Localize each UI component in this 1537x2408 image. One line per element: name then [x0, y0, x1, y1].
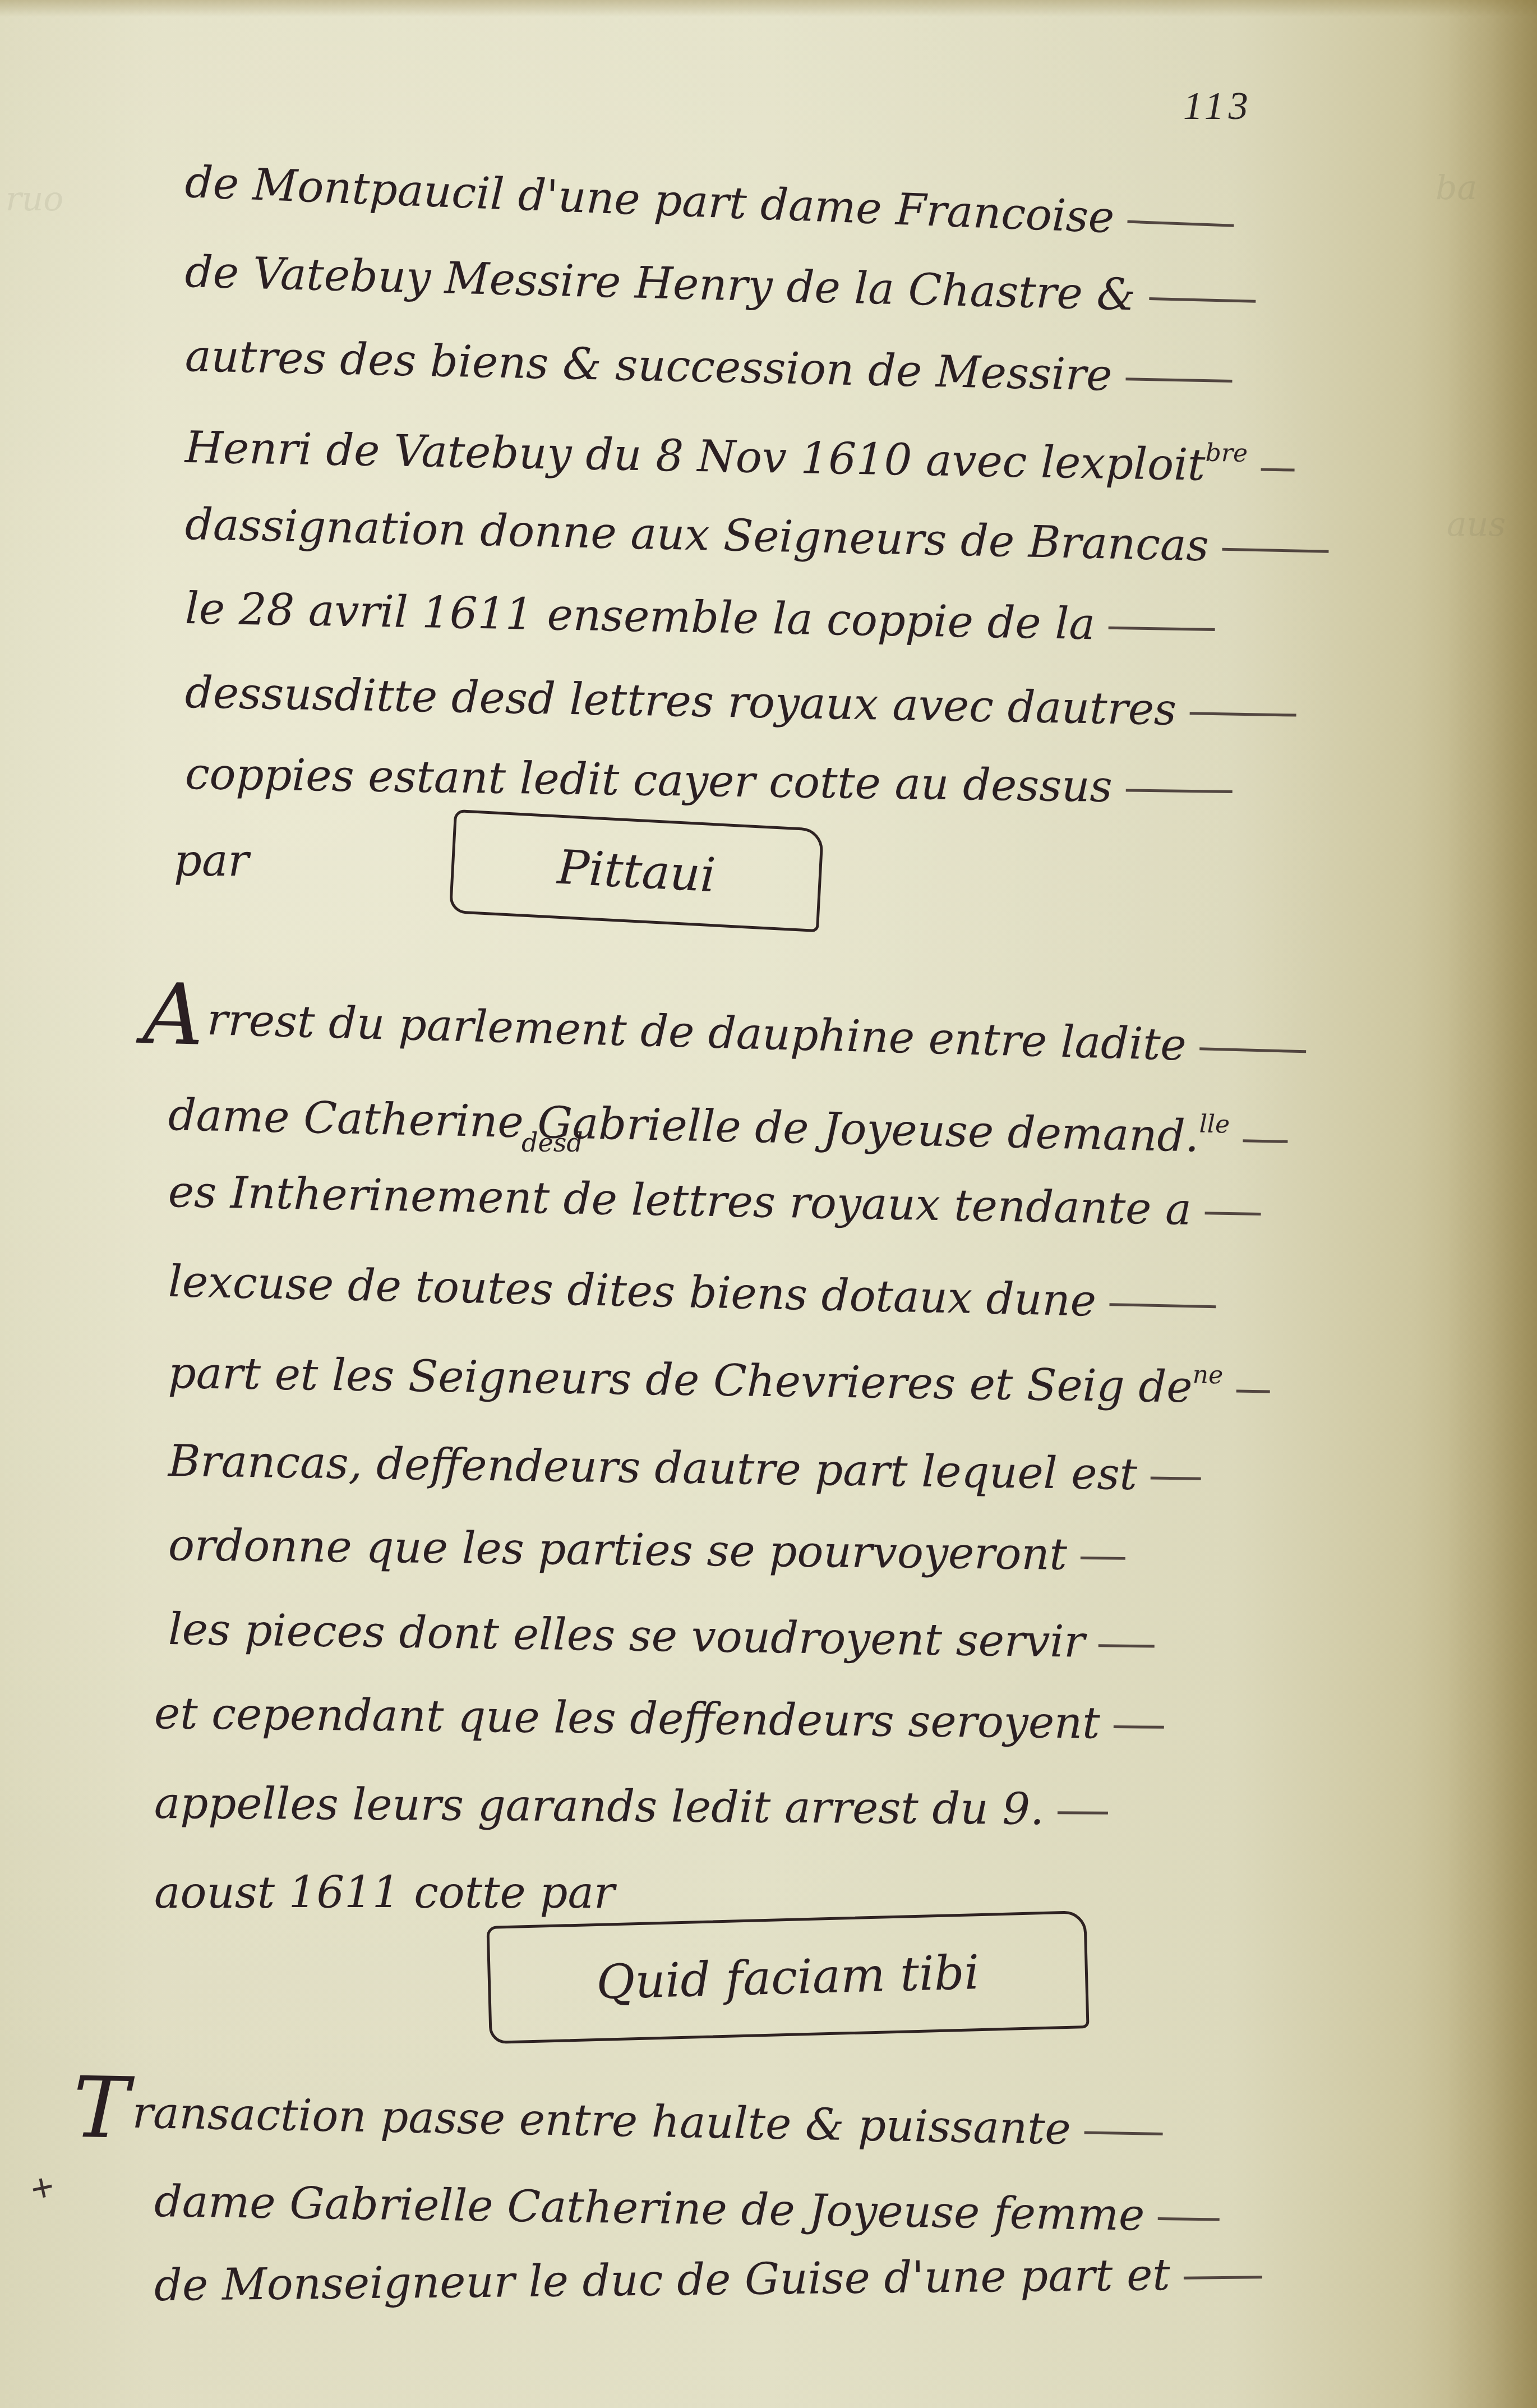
signature-box: Quid faciam tibi [486, 1910, 1089, 2044]
text-line: de Montpaucil d'une part dame Francoise [184, 157, 1235, 248]
line-text: es Intherinement de lettres royaux tenda… [168, 1167, 1192, 1235]
manuscript-page: ba aus ruo 113 de Montpaucil d'une part … [0, 0, 1537, 2408]
text-line: Transaction passe entre haulte & puissan… [72, 2087, 1163, 2156]
folio-number: 113 [1183, 84, 1253, 129]
line-filler-dash [1236, 1390, 1270, 1393]
text-line: de Vatebuy Messire Henry de la Chastre & [184, 247, 1256, 324]
signature-text: Quid faciam tibi [596, 1945, 980, 2010]
line-text: de Monseigneur le duc de Guise d'une par… [154, 2250, 1171, 2311]
line-text: de Montpaucil d'une part dame Francoise [184, 157, 1115, 243]
line-filler-dash [1081, 1557, 1125, 1560]
line-filler-dash [1149, 297, 1256, 303]
superscript-abbrev: ne [1192, 1361, 1223, 1390]
line-filler-dash [1084, 2131, 1162, 2135]
text-line: Henri de Vatebuy du 8 Nov 1610 avec lexp… [184, 421, 1295, 492]
line-filler-dash [1109, 627, 1215, 631]
signature-box: Pittaui [449, 809, 824, 932]
line-filler-dash [1204, 1212, 1261, 1215]
line-text: dessusditte desd lettres royaux avec dau… [184, 667, 1177, 735]
line-text: lexcuse de toutes dites biens dotaux dun… [168, 1256, 1097, 1327]
text-line: le 28 avril 1611 ensemble la coppie de l… [184, 583, 1215, 652]
bleed-through-text: aus [1447, 505, 1506, 544]
text-line: par [174, 836, 249, 886]
decorated-initial: T [72, 2059, 130, 2158]
interlinear-text: desd [521, 1127, 583, 1158]
decorated-initial: A [142, 965, 205, 1065]
interlinear-note: desd [521, 1127, 583, 1158]
text-line: coppies estant ledit cayer cotte au dess… [184, 749, 1233, 814]
line-text: appelles leurs garands ledit arrest du 9… [154, 1778, 1045, 1835]
line-text: dassignation donne aux Seigneurs de Bran… [184, 499, 1209, 571]
line-filler-dash [1243, 1139, 1287, 1143]
line-text: et cependant que les deffendeurs seroyen… [154, 1688, 1101, 1749]
line-text: autres des biens & succession de Messire [184, 331, 1113, 401]
text-line: Brancas, deffendeurs dautre part lequel … [168, 1436, 1201, 1501]
line-text: ransaction passe entre haulte & puissant… [132, 2088, 1071, 2154]
line-filler-dash [1151, 1476, 1201, 1480]
line-filler-dash [1125, 377, 1232, 383]
bleed-through-text: ba [1436, 168, 1477, 208]
line-text: le 28 avril 1611 ensemble la coppie de l… [184, 583, 1095, 650]
line-filler-dash [1125, 789, 1232, 793]
line-filler-dash [1114, 1725, 1164, 1729]
line-text: part et les Seigneurs de Chevrieres et S… [168, 1348, 1193, 1412]
line-filler-dash [1058, 1811, 1108, 1815]
bleed-through-text: ruo [6, 179, 63, 219]
line-text: par [174, 836, 249, 886]
line-filler-dash [1098, 1644, 1154, 1647]
text-line: dassignation donne aux Seigneurs de Bran… [184, 499, 1329, 574]
line-filler-dash [1261, 468, 1295, 471]
line-text: Brancas, deffendeurs dautre part lequel … [168, 1436, 1137, 1500]
line-text: rrest du parlement de dauphine entre lad… [206, 994, 1187, 1071]
text-line: Arrest du parlement de dauphine entre la… [142, 993, 1307, 1074]
line-filler-dash [1222, 548, 1328, 553]
text-line: et cependant que les deffendeurs seroyen… [154, 1688, 1165, 1749]
line-text: de Vatebuy Messire Henry de la Chastre & [184, 247, 1136, 320]
signature-text: Pittaui [556, 839, 717, 903]
text-line: aoust 1611 cotte par [154, 1868, 615, 1918]
text-line: dame Catherine Gabrielle de Joyeuse dema… [168, 1088, 1288, 1164]
line-filler-dash [1190, 712, 1296, 716]
line-text: aoust 1611 cotte par [154, 1868, 615, 1918]
text-line: es Intherinement de lettres royaux tenda… [168, 1167, 1261, 1236]
line-filler-dash [1199, 1047, 1306, 1053]
text-line: lexcuse de toutes dites biens dotaux dun… [168, 1256, 1217, 1329]
text-line: autres des biens & succession de Messire [184, 331, 1233, 403]
text-line: part et les Seigneurs de Chevrieres et S… [168, 1346, 1270, 1414]
text-line: de Monseigneur le duc de Guise d'une par… [154, 2249, 1263, 2311]
text-line: les pieces dont elles se voudroyent serv… [168, 1604, 1155, 1669]
line-text: les pieces dont elles se voudroyent serv… [168, 1604, 1085, 1668]
line-filler-dash [1110, 1303, 1216, 1308]
text-line: appelles leurs garands ledit arrest du 9… [154, 1778, 1109, 1835]
text-line: dame Gabrielle Catherine de Joyeuse femm… [154, 2176, 1220, 2242]
line-filler-dash [1128, 220, 1234, 227]
line-text: dame Gabrielle Catherine de Joyeuse femm… [154, 2176, 1144, 2241]
line-text: dame Catherine Gabrielle de Joyeuse dema… [168, 1090, 1199, 1162]
text-line: dessusditte desd lettres royaux avec dau… [184, 667, 1297, 738]
superscript-abbrev: lle [1199, 1110, 1230, 1139]
line-filler-dash [1184, 2276, 1262, 2279]
line-filler-dash [1158, 2217, 1220, 2221]
text-line: ordonne que les parties se pourvoyeront [168, 1520, 1126, 1581]
margin-cross-mark: + [26, 2163, 58, 2212]
line-text: ordonne que les parties se pourvoyeront [168, 1520, 1068, 1580]
line-text: coppies estant ledit cayer cotte au dess… [184, 749, 1113, 812]
superscript-abbrev: bre [1205, 439, 1248, 468]
line-text: Henri de Vatebuy du 8 Nov 1610 avec lexp… [184, 422, 1206, 491]
